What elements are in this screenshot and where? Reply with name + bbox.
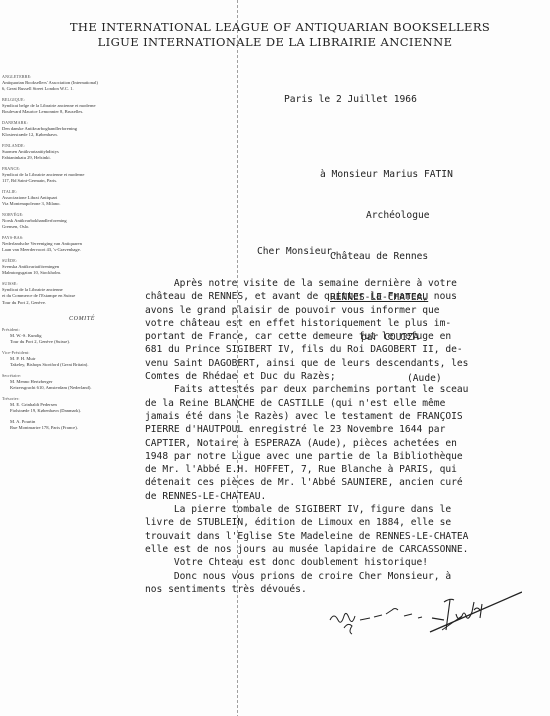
member-entry: DANEMARK:Den danske Antikvarboghandlerfo…	[2, 120, 142, 139]
member-entry: SUISSE:Syndicat de la Librairie ancienne…	[2, 281, 142, 306]
member-entry: BELGIQUE:Syndicat belge de la Librairie …	[2, 97, 142, 116]
body-line: de RENNES-LE-CHATEAU.	[145, 490, 550, 503]
member-entry: SUÈDE:Svenska AntikvariatföreningenMalmt…	[2, 258, 142, 277]
member-line: Boulevard Maurice Lemonnier 8, Bruxelles…	[2, 109, 142, 115]
committee-member-line: Keizersgracht 610, Amsterdam (Nederland)…	[2, 385, 142, 391]
letterhead-english: THE INTERNATIONAL LEAGUE OF ANTIQUARIAN …	[0, 20, 550, 35]
recipient-name: à Monsieur Marius FATIN	[320, 168, 453, 182]
body-line: portant de France, car cette demeure fut…	[145, 330, 550, 343]
committee-member-entry: Vice-Président:M. P. H. MuirTakeley, Bis…	[2, 350, 142, 369]
body-line: jamais été dans le Razès) avec le testam…	[145, 410, 550, 423]
member-entry: ANGLETERRE:Antiquarian Booksellers' Asso…	[2, 74, 142, 93]
body-line: votre château est en effet historiquemen…	[145, 317, 550, 330]
body-line: elle est de nos jours au musée lapidaire…	[145, 543, 550, 556]
member-line: Tour du Port 2, Genève.	[2, 300, 142, 306]
body-line: Après notre visite de la semaine dernièr…	[145, 277, 550, 290]
handwritten-signature	[322, 590, 522, 650]
recipient-title: Archéologue	[320, 209, 453, 223]
member-line: Fabianinkatu 29, Helsinki.	[2, 155, 142, 161]
member-line: Grensen, Oslo.	[2, 224, 142, 230]
signature-icon	[322, 590, 522, 650]
letter-page: THE INTERNATIONAL LEAGUE OF ANTIQUARIAN …	[0, 0, 550, 716]
member-line: Klosterstræde 12, København.	[2, 132, 142, 138]
body-line: CAPTIER, Notaire à ESPERAZA (Aude), pièc…	[145, 437, 550, 450]
recipient-residence: Château de Rennes	[320, 250, 453, 264]
committee-member-entry: Secrétaire:M. Menno HertzbergerKeizersgr…	[2, 373, 142, 392]
body-line: Votre Chteau est donc doublement histori…	[145, 556, 550, 569]
member-entry: FINLANDE:Suomen AntikvariaattiyhdistysFa…	[2, 143, 142, 162]
member-line: Laan van Meerdervoort 43, 's-Gravenhage.	[2, 247, 142, 253]
body-line: PIERRE d'HAUTPOUL enregistré le 23 Novem…	[145, 423, 550, 436]
body-line: Comtes de Rhédae et Duc du Razès;	[145, 370, 550, 383]
member-line: 6, Great Russell Street London W.C. 1.	[2, 86, 142, 92]
body-line: Donc nous vous prions de croire Cher Mon…	[145, 570, 550, 583]
salutation: Cher Monsieur,	[257, 245, 338, 258]
committee-member-line: Tour du Port 2, Genève (Suisse).	[2, 339, 142, 345]
body-line: 681 du Prince SIGIBERT IV, fils du Roi D…	[145, 343, 550, 356]
letterhead: THE INTERNATIONAL LEAGUE OF ANTIQUARIAN …	[0, 20, 550, 50]
body-line: livre de STUBLEIN, édition de Limoux en …	[145, 516, 550, 529]
body-line: venu Saint DAGOBERT, ainsi que de leurs …	[145, 357, 550, 370]
member-list: ANGLETERRE:Antiquarian Booksellers' Asso…	[2, 74, 142, 306]
committee-member-line: Fiolstræde 19, København (Danmark).	[2, 408, 142, 414]
body-line: 1948 par notre Ligue avec une partie de …	[145, 450, 550, 463]
body-line: détenait ces pièces de Mr. l'Abbé SAUNIE…	[145, 476, 550, 489]
member-associations-sidebar: ANGLETERRE:Antiquarian Booksellers' Asso…	[2, 74, 142, 436]
member-line: Malmtorgsgatan 10, Stockholm.	[2, 270, 142, 276]
body-line: de Mr. l'Abbé E.H. HOFFET, 7, Rue Blanch…	[145, 463, 550, 476]
member-line: Via Montenapoleone 3, Milano.	[2, 201, 142, 207]
member-entry: FRANCE:Syndicat de la Librairie ancienne…	[2, 166, 142, 185]
member-line: 117, Bd Saint-Germain, Paris.	[2, 178, 142, 184]
body-line: avons le grand plaisir de pouvoir vous i…	[145, 304, 550, 317]
committee-member-entry: M. A. PourtinRue Montmartre 178, Paris (…	[2, 419, 142, 431]
letterhead-french: LIGUE INTERNATIONALE DE LA LIBRAIRIE ANC…	[0, 35, 550, 50]
member-entry: NORVÈGE:Norsk Antikvarbokhandlerforening…	[2, 212, 142, 231]
letter-date: Paris le 2 Juillet 1966	[284, 93, 417, 106]
member-entry: ITALIE:Associazione Librai AntiquariVia …	[2, 189, 142, 208]
committee-member-line: Takeley, Bishops Stortford (Great Britai…	[2, 362, 142, 368]
committee-member-entry: Trésorier:M. E. Grinhaldt PedersenFiolst…	[2, 396, 142, 415]
committee-member-line: Rue Montmartre 178, Paris (France).	[2, 425, 142, 431]
body-line: de la Reine BLANCHE de CASTILLE (qui n'e…	[145, 397, 550, 410]
committee-list: Président:M. W.-S. KundigTour du Port 2,…	[2, 327, 142, 431]
letter-body: Après notre visite de la semaine dernièr…	[145, 277, 550, 596]
body-line: Faits attestés par deux parchemins porta…	[145, 383, 550, 396]
body-line: château de RENNES, et avant de quitter l…	[145, 290, 550, 303]
body-line: La pierre tombale de SIGIBERT IV, figure…	[145, 503, 550, 516]
committee-member-entry: Président:M. W.-S. KundigTour du Port 2,…	[2, 327, 142, 346]
member-entry: PAYS-BAS:Nederlandsche Vereeniging van A…	[2, 235, 142, 254]
body-line: trouvait dans l'Eglise Ste Madeleine de …	[145, 530, 550, 543]
committee-title: COMITÉ	[22, 316, 142, 322]
